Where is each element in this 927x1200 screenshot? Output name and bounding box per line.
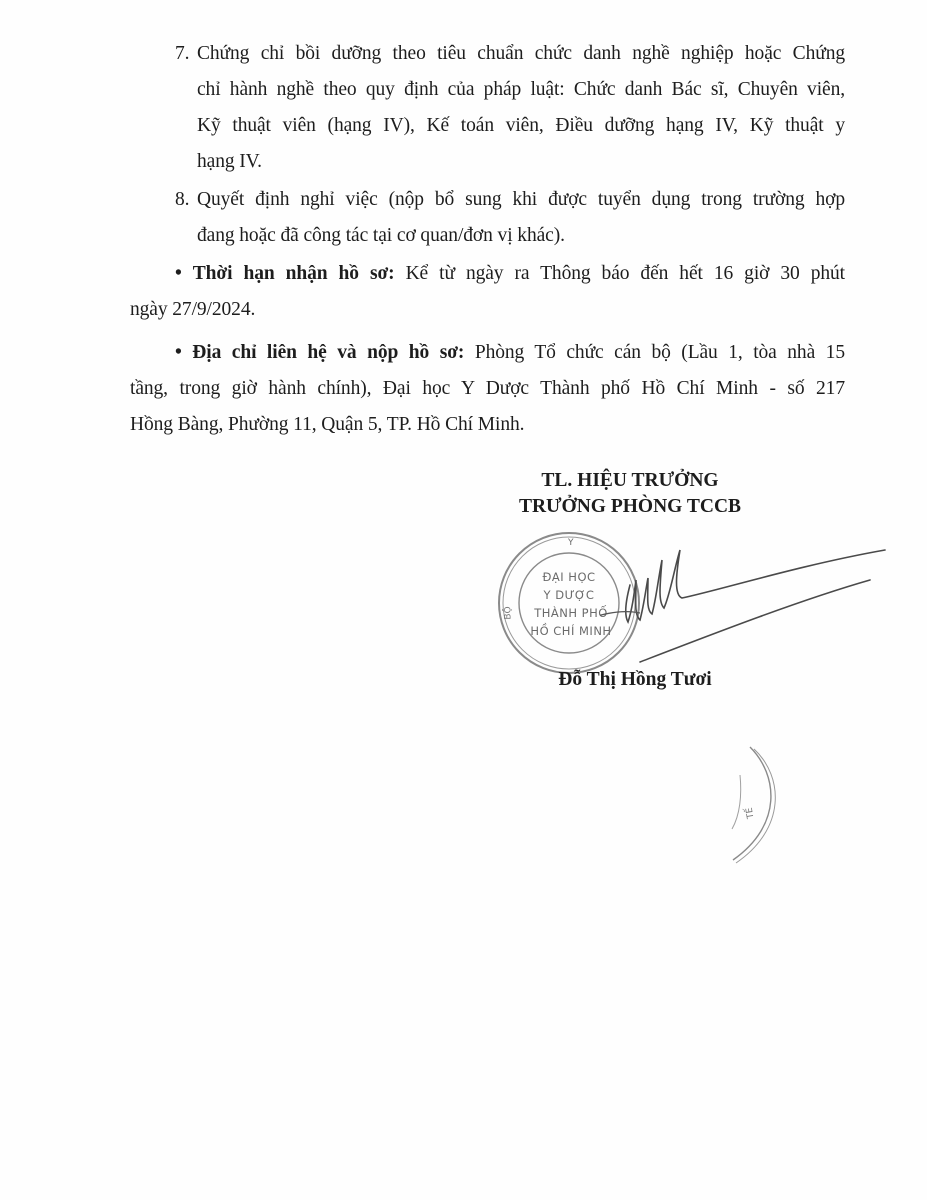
item-7-line-4: hạng IV. [197, 150, 262, 174]
item-7-number: 7. [175, 42, 189, 66]
address-text: Phòng Tổ chức cán bộ (Lầu 1, tòa nhà 15 [464, 342, 845, 363]
item-8-line-1: Quyết định nghỉ việc (nộp bổ sung khi đư… [197, 188, 845, 212]
document-page: 7. Chứng chỉ bồi dưỡng theo tiêu chuẩn c… [0, 0, 927, 1200]
deadline-text: Kể từ ngày ra Thông báo đến hết 16 giờ 3… [395, 263, 845, 284]
signature-title: TL. HIỆU TRƯỞNG TRƯỞNG PHÒNG TCCB [490, 468, 770, 520]
address-line-3: Hồng Bàng, Phường 11, Quận 5, TP. Hồ Chí… [130, 413, 524, 437]
item-8-number: 8. [175, 188, 189, 212]
item-8-line-2: đang hoặc đã công tác tại cơ quan/đơn vị… [197, 224, 565, 248]
page-seal-fragment-icon [728, 745, 788, 865]
deadline-line-2: ngày 27/9/2024. [130, 298, 255, 322]
signer-name: Đỗ Thị Hồng Tươi [500, 667, 770, 693]
address-line-2: tầng, trong giờ hành chính), Đại học Y D… [130, 377, 845, 401]
item-7-line-1: Chứng chỉ bồi dưỡng theo tiêu chuẩn chức… [197, 42, 845, 66]
deadline-line-1: • Thời hạn nhận hồ sơ: Kể từ ngày ra Thô… [175, 262, 845, 286]
deadline-label: Thời hạn nhận hồ sơ: [193, 263, 395, 284]
page-seal-fragment-text: TẾ [745, 807, 757, 820]
signature-title-line-1: TL. HIỆU TRƯỞNG [490, 468, 770, 494]
item-7-line-2: chỉ hành nghề theo quy định của pháp luậ… [197, 78, 845, 102]
handwritten-signature-icon [600, 540, 890, 670]
signature-title-line-2: TRƯỞNG PHÒNG TCCB [490, 494, 770, 520]
address-bullet: • [175, 342, 182, 363]
address-line-1: • Địa chỉ liên hệ và nộp hồ sơ: Phòng Tổ… [175, 341, 845, 365]
item-7-line-3: Kỹ thuật viên (hạng IV), Kế toán viên, Đ… [197, 114, 845, 138]
deadline-bullet: • [175, 263, 182, 284]
address-label: Địa chỉ liên hệ và nộp hồ sơ: [192, 342, 464, 363]
